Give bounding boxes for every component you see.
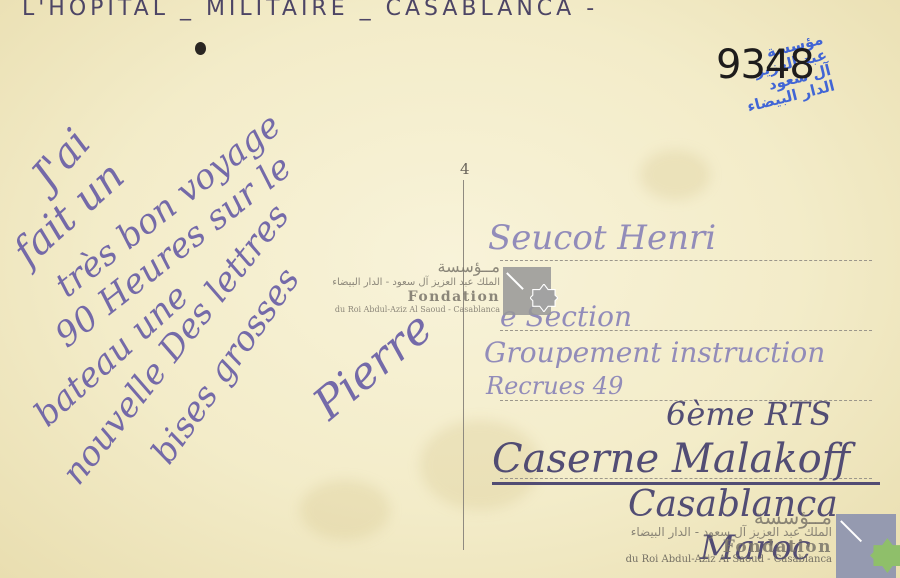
foundation-watermark: مــؤسسة الملك عبد العزيز آل سعود - الدار… xyxy=(600,508,832,565)
address-line: 6ème RTS xyxy=(666,395,832,433)
address-line: Groupement instruction xyxy=(484,336,825,369)
watermark-arabic-title: مــؤسسة xyxy=(600,508,832,526)
paper-stain xyxy=(300,480,390,540)
signature: Pierre xyxy=(304,302,442,430)
paper-stain xyxy=(640,150,710,200)
postcard-back: L'HOPITAL _ MILITAIRE _ CASABLANCA - 4 J… xyxy=(0,0,900,578)
ink-spot xyxy=(195,42,206,55)
foundation-logo-icon xyxy=(503,267,551,315)
address-line: Caserne Malakoff xyxy=(492,436,880,485)
watermark-french-title: Fondation xyxy=(330,289,500,305)
center-divider xyxy=(463,180,464,550)
foundation-watermark: مــؤسسة الملك عبد العزيز آل سعود - الدار… xyxy=(330,258,500,315)
star-icon xyxy=(530,284,558,312)
address-rule xyxy=(500,260,872,261)
printed-header: L'HOPITAL _ MILITAIRE _ CASABLANCA - xyxy=(22,0,598,21)
archive-number: 9348 xyxy=(716,42,814,88)
watermark-french-subtitle: du Roi Abdul-Aziz Al Saoud - Casablanca xyxy=(330,305,500,315)
watermark-french-subtitle: du Roi Abdul-Aziz Al Saoud - Casablanca xyxy=(600,555,832,565)
watermark-arabic-subtitle: الملك عبد العزيز آل سعود - الدار البيضاء xyxy=(330,276,500,289)
foundation-logo-icon xyxy=(836,514,896,578)
star-icon xyxy=(870,537,900,574)
watermark-arabic-title: مــؤسسة xyxy=(330,258,500,276)
watermark-french-title: Fondation xyxy=(600,539,832,555)
address-line: Seucot Henri xyxy=(488,218,716,258)
page-number: 4 xyxy=(460,160,470,178)
address-line: Recrues 49 xyxy=(486,372,623,400)
